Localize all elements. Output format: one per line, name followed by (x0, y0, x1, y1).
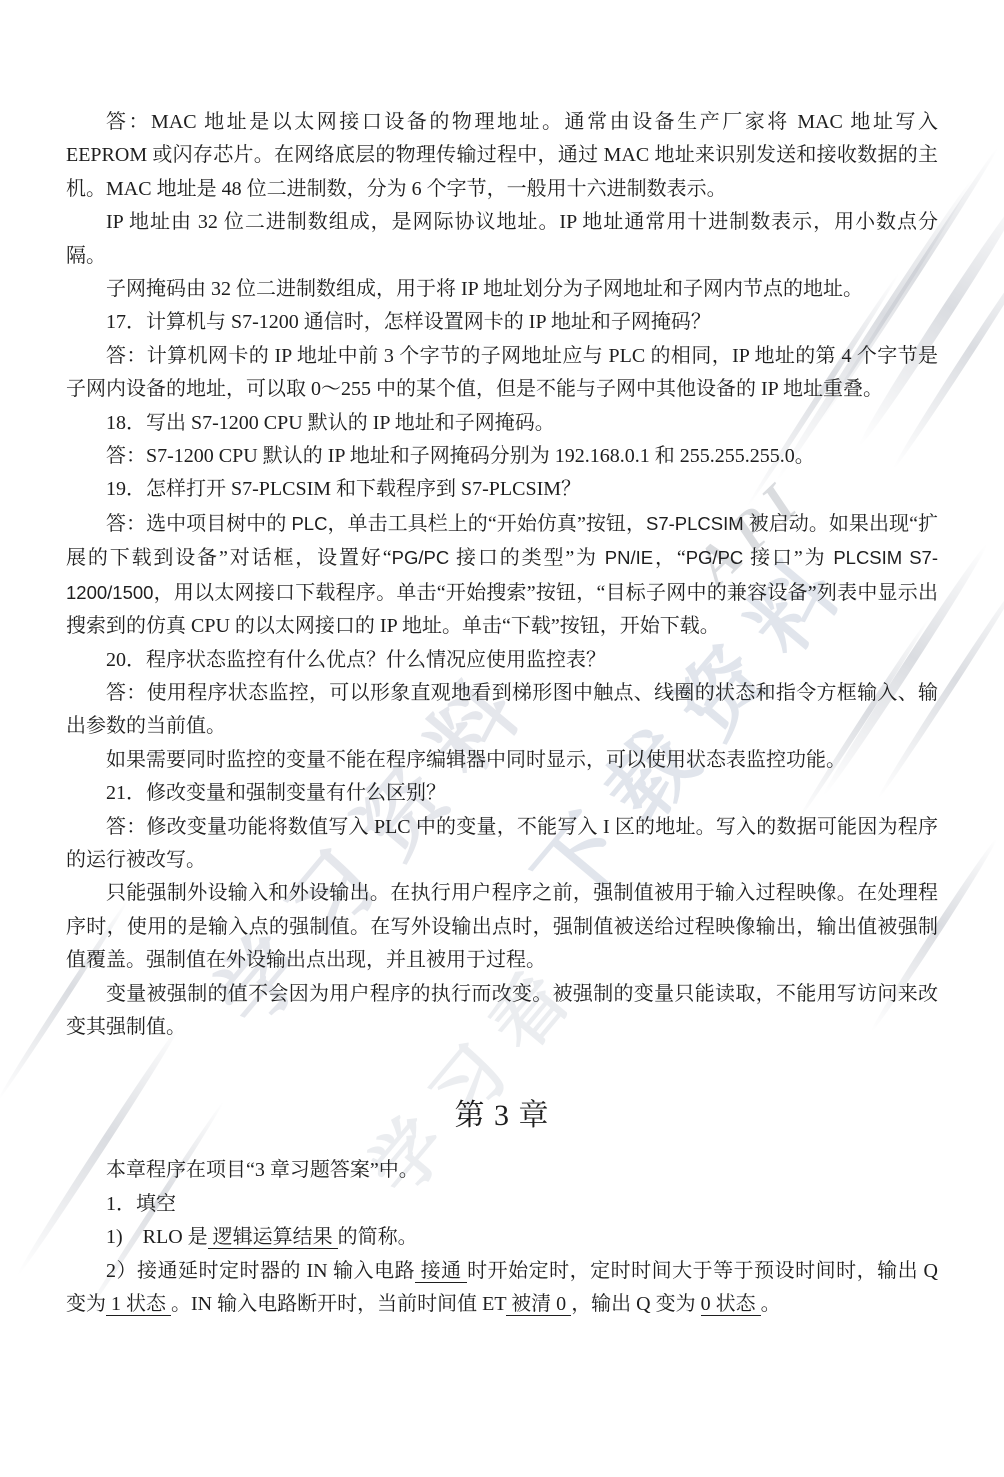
paragraph: 21．修改变量和强制变量有什么区别？ (66, 777, 938, 810)
paragraph: 答：选中项目树中的 PLC，单击工具栏上的“开始仿真”按钮，S7-PLCSIM … (66, 507, 938, 644)
paragraph: 17．计算机与 S7-1200 通信时，怎样设置网卡的 IP 地址和子网掩码？ (66, 306, 938, 339)
text-segment: 只能强制外设输入和外设输出。在执行用户程序之前，强制值被用于输入过程映像。在处理… (66, 882, 938, 971)
text-segment: 子网掩码由 32 位二进制数组成，用于将 IP 地址划分为子网地址和子网内节点的… (106, 278, 863, 300)
text-segment: 变量被强制的值不会因为用户程序的执行而改变。被强制的变量只能读取，不能用写访问来… (66, 983, 938, 1038)
document-content: 答：MAC 地址是以太网接口设备的物理地址。通常由设备生产厂家将 MAC 地址写… (66, 106, 938, 1321)
text-segment: 接口”为 (743, 547, 833, 569)
text-segment: 1) RLO 是 (106, 1226, 208, 1248)
paragraph: 只能强制外设输入和外设输出。在执行用户程序之前，强制值被用于输入过程映像。在处理… (66, 877, 938, 977)
paragraph: 19．怎样打开 S7-PLCSIM 和下载程序到 S7-PLCSIM？ (66, 473, 938, 506)
paragraph: 1) RLO 是 逻辑运算结果 的简称。 (66, 1221, 938, 1254)
text-segment: 如果需要同时监控的变量不能在程序编辑器中同时显示，可以使用状态表监控功能。 (106, 749, 846, 771)
text-segment: 答：S7-1200 CPU 默认的 IP 地址和子网掩码分别为 192.168.… (106, 445, 815, 467)
paragraph: 答：计算机网卡的 IP 地址中前 3 个字节的子网地址应与 PLC 的相同，IP… (66, 340, 938, 407)
paragraph: 如果需要同时监控的变量不能在程序编辑器中同时显示，可以使用状态表监控功能。 (66, 744, 938, 777)
text-segment: ，“ (653, 547, 686, 569)
text-segment: 19．怎样打开 S7-PLCSIM 和下载程序到 S7-PLCSIM？ (106, 478, 581, 500)
text-segment: 。 (761, 1293, 781, 1315)
text-segment: 17．计算机与 S7-1200 通信时，怎样设置网卡的 IP 地址和子网掩码？ (106, 311, 711, 333)
text-segment: 答：使用程序状态监控，可以形象直观地看到梯形图中触点、线圈的状态和指令方框输入、… (66, 682, 938, 737)
text-segment: PN/IE (605, 547, 653, 568)
paragraph: IP 地址由 32 位二进制数组成，是网际协议地址。IP 地址通常用十进制数表示… (66, 206, 938, 273)
blank-fill-answer: 被清 0 (506, 1293, 571, 1316)
text-segment: 答：选中项目树中的 (106, 513, 291, 535)
paragraph: 答：使用程序状态监控，可以形象直观地看到梯形图中触点、线圈的状态和指令方框输入、… (66, 677, 938, 744)
text-segment: 。IN 输入电路断开时，当前时间值 ET (171, 1293, 506, 1315)
text-segment: ，单击工具栏上的“开始仿真”按钮， (327, 513, 646, 535)
text-segment: IP 地址由 32 位二进制数组成，是网际协议地址。IP 地址通常用十进制数表示… (66, 211, 938, 266)
text-segment: 答：修改变量功能将数值写入 PLC 中的变量，不能写入 I 区的地址。写入的数据… (66, 816, 938, 871)
text-segment: 本章程序在项目“3 章习题答案”中。 (106, 1159, 419, 1181)
text-segment: 18．写出 S7-1200 CPU 默认的 IP 地址和子网掩码。 (106, 412, 555, 434)
text-segment: 接口的类型”为 (449, 547, 605, 569)
text-segment: 1．填空 (106, 1193, 176, 1215)
paragraph: 20．程序状态监控有什么优点？什么情况应使用监控表？ (66, 644, 938, 677)
paragraph: 答：S7-1200 CPU 默认的 IP 地址和子网掩码分别为 192.168.… (66, 440, 938, 473)
text-segment: ，用以太网接口下载程序。单击“开始搜索”按钮，“目标子网中的兼容设备”列表中显示… (66, 582, 938, 637)
blank-fill-answer: 1 状态 (106, 1293, 171, 1316)
text-segment: 20．程序状态监控有什么优点？什么情况应使用监控表？ (106, 649, 606, 671)
paragraph: 1．填空 (66, 1188, 938, 1221)
paragraph: 答：修改变量功能将数值写入 PLC 中的变量，不能写入 I 区的地址。写入的数据… (66, 811, 938, 878)
document-page: 学习资料 下载资料 学习看 API 答：MAC 地址是以太网接口设备的物理地址。… (0, 0, 1004, 1477)
text-segment: 的简称。 (338, 1226, 418, 1248)
paragraph: 18．写出 S7-1200 CPU 默认的 IP 地址和子网掩码。 (66, 407, 938, 440)
blank-fill-answer: 逻辑运算结果 (208, 1226, 338, 1249)
text-segment: 2）接通延时定时器的 IN 输入电路 (106, 1260, 415, 1282)
text-segment: PLC (291, 513, 327, 534)
text-segment: 答：MAC 地址是以太网接口设备的物理地址。通常由设备生产厂家将 MAC 地址写… (66, 111, 938, 200)
paragraph: 本章程序在项目“3 章习题答案”中。 (66, 1154, 938, 1187)
text-segment: 第 3 章 (455, 1099, 550, 1132)
text-segment: 21．修改变量和强制变量有什么区别？ (106, 782, 446, 804)
paragraph: 答：MAC 地址是以太网接口设备的物理地址。通常由设备生产厂家将 MAC 地址写… (66, 106, 938, 206)
paragraph: 2）接通延时定时器的 IN 输入电路 接通 时开始定时，定时时间大于等于预设时间… (66, 1255, 938, 1322)
text-segment: ，输出 Q 变为 (571, 1293, 700, 1315)
blank-fill-answer: 0 状态 (701, 1293, 761, 1316)
text-segment: PG/PC (686, 547, 744, 568)
paragraph: 子网掩码由 32 位二进制数组成，用于将 IP 地址划分为子网地址和子网内节点的… (66, 273, 938, 306)
chapter-heading: 第 3 章 (66, 1094, 938, 1138)
text-segment: S7-PLCSIM (646, 513, 744, 534)
paragraph: 变量被强制的值不会因为用户程序的执行而改变。被强制的变量只能读取，不能用写访问来… (66, 978, 938, 1045)
blank-fill-answer: 接通 (415, 1260, 467, 1283)
text-segment: 答：计算机网卡的 IP 地址中前 3 个字节的子网地址应与 PLC 的相同，IP… (66, 345, 938, 400)
text-segment: PG/PC (392, 547, 450, 568)
